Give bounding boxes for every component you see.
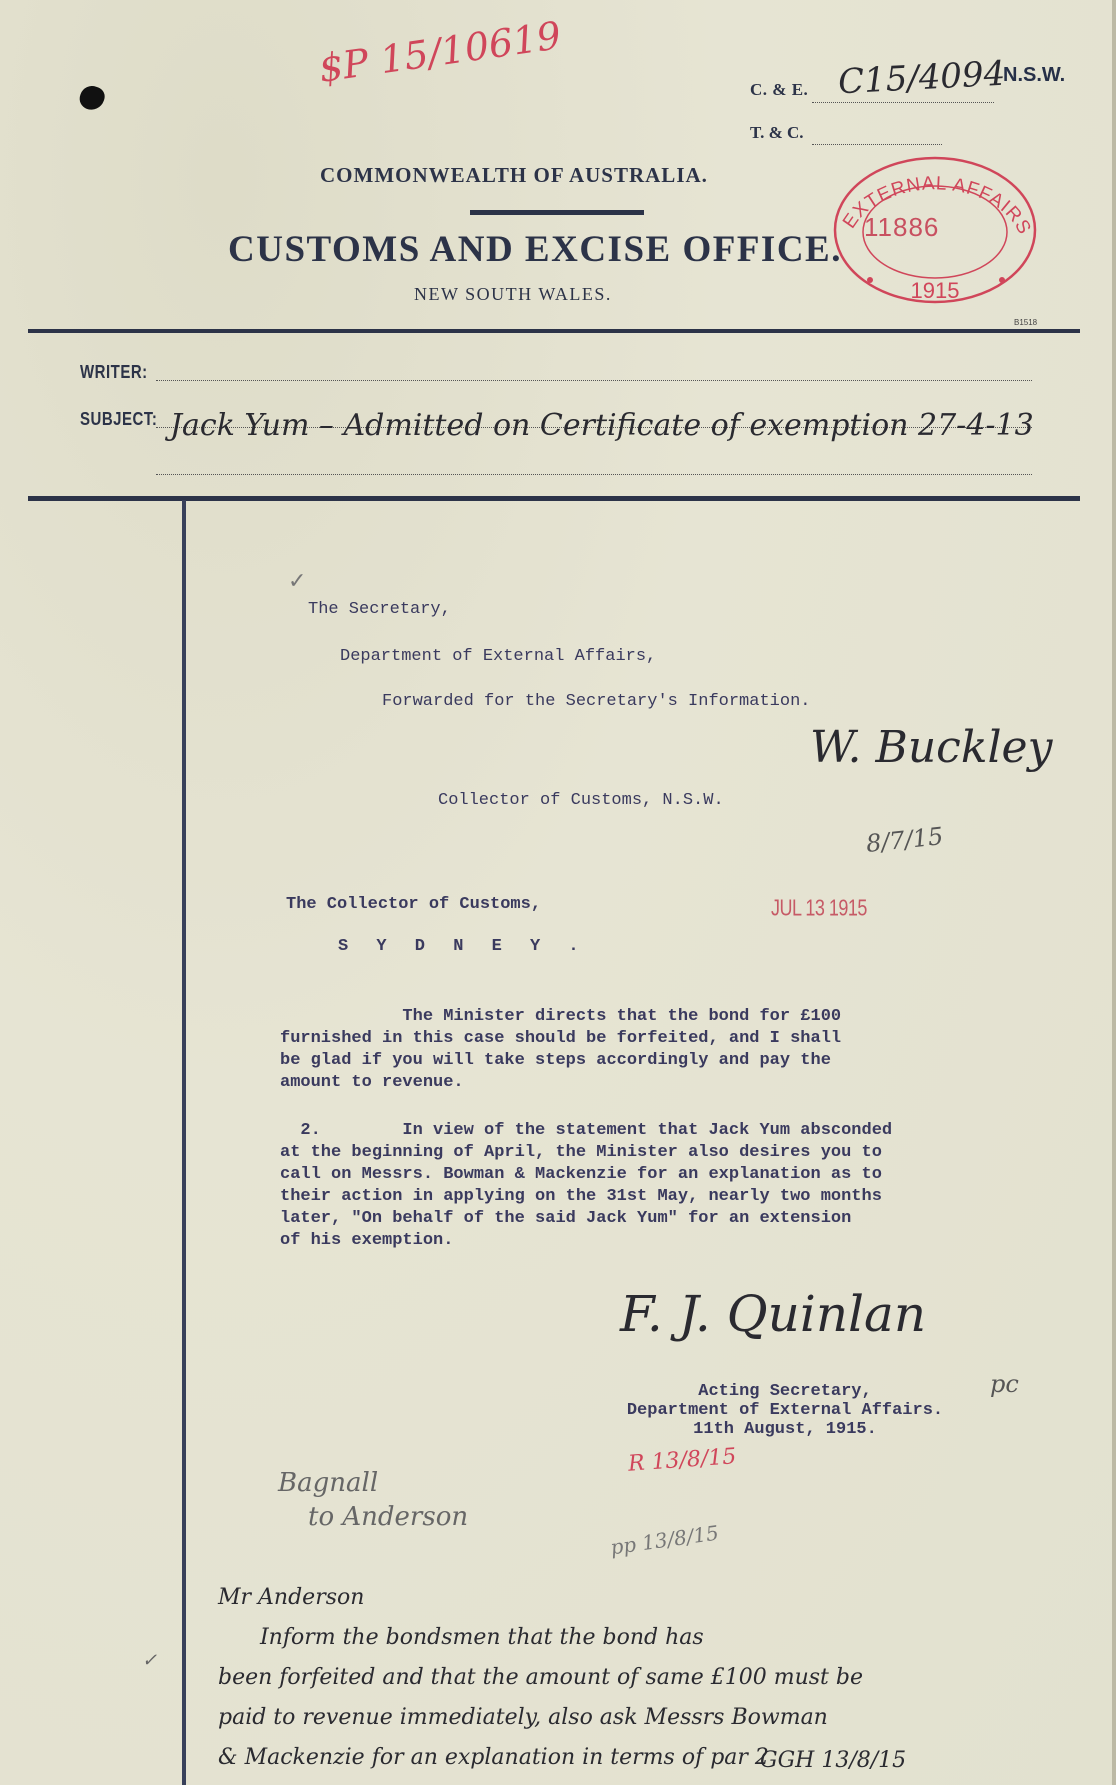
subject-value: Jack Yum – Admitted on Certificate of ex… [170,402,1040,450]
header-rule [28,329,1080,333]
subject-field-line [156,474,1032,475]
forward-line: Forwarded for the Secretary's Informatio… [382,692,810,711]
minute-2-signature: GGH 13/8/15 [760,1748,906,1773]
collector-signature: W. Buckley [810,722,1052,773]
received-date-stamp: JUL 13 1915 [771,895,867,922]
minute-1-date: pp 13/8/15 [609,1521,720,1560]
forward-department: Department of External Affairs, [340,647,656,666]
title-rule [470,210,644,215]
file-reference: $P 15/10619 [316,13,564,91]
commonwealth-heading: COMMONWEALTH OF AUSTRALIA. [320,163,708,188]
minute-1-line1: Bagnall [278,1466,468,1500]
minute-1-line2: to Anderson [278,1500,468,1534]
subject-label: SUBJECT: [80,409,157,429]
letter-paragraph-2: 2. In view of the statement that Jack Yu… [280,1120,892,1252]
tc-dotted-line [812,144,942,145]
ce-label: C. & E. [750,80,808,100]
signatory-department: Department of External Affairs. [560,1401,1010,1420]
letter-city: S Y D N E Y . [338,937,588,956]
forward-date: 8/7/15 [865,822,945,858]
writer-field [156,380,1032,381]
collector-title: Collector of Customs, N.S.W. [438,791,724,810]
letter-date: 11th August, 1915. [560,1420,1010,1439]
letter-paragraph-1: The Minister directs that the bond for £… [280,1006,841,1094]
form-code: B1518 [1014,318,1037,327]
writer-label: WRITER: [80,362,148,382]
secretary-signature: F. J. Quinlan [620,1285,926,1343]
forward-addressee: The Secretary, [308,600,451,619]
ce-value: C15/4094 [837,54,1006,103]
svg-text:1915: 1915 [911,278,960,303]
punch-hole [77,83,108,114]
minute-2: Mr Anderson Inform the bondsmen that the… [218,1578,1098,1778]
margin-rule [182,500,186,1785]
letter-addressee: The Collector of Customs, [286,895,541,914]
stamp-number: 11886 [864,212,939,243]
signatory-initials: pc [990,1370,1019,1398]
received-mark: R 13/8/15 [627,1444,737,1476]
margin-tick-icon: ✓ [142,1650,157,1671]
minute-1: Bagnall to Anderson [278,1466,468,1534]
signatory-title: Acting Secretary, [560,1382,1010,1401]
check-mark-icon: ✓ [288,568,306,594]
office-title: CUSTOMS AND EXCISE OFFICE. [228,228,842,271]
paper-edge [1112,0,1116,1785]
signature-block: Acting Secretary, Department of External… [560,1382,1010,1439]
state-code: N.S.W. [1003,64,1065,87]
tc-label: T. & C. [750,123,804,143]
state-name: NEW SOUTH WALES. [414,284,612,305]
